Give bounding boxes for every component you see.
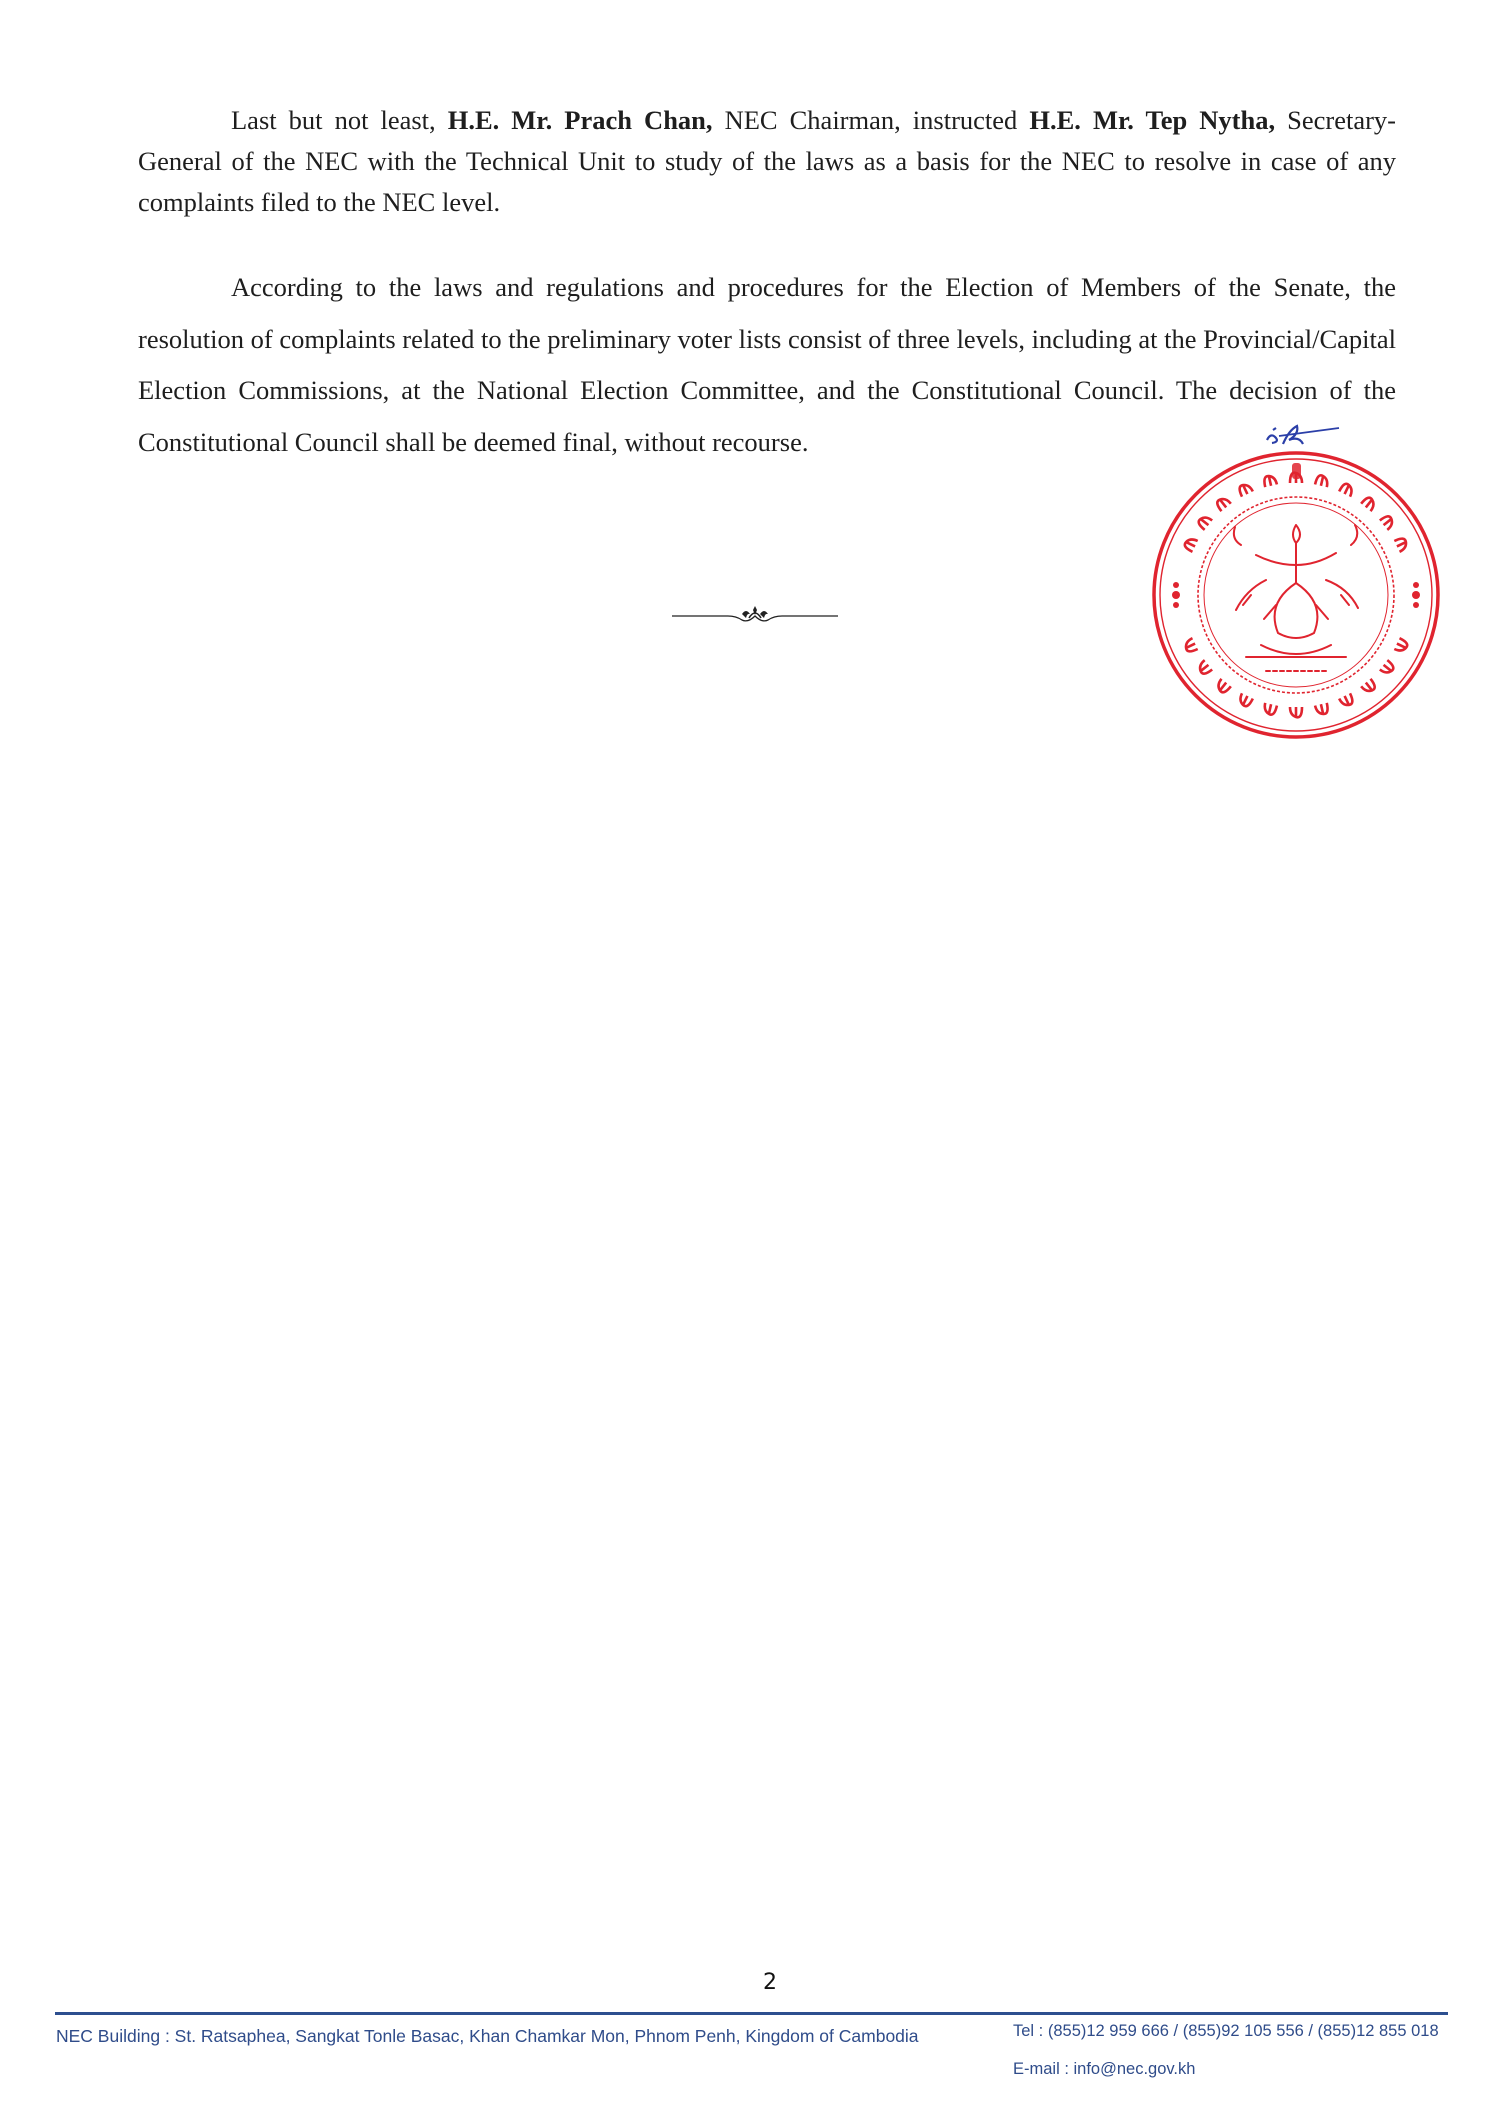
section-end-flourish-icon [670, 600, 840, 626]
para2-text: According to the laws and regulations an… [138, 272, 1396, 457]
footer-telephone: Tel : (855)12 959 666 / (855)92 105 556 … [1013, 2022, 1439, 2041]
secretary-general-name: H.E. Mr. Tep Nytha, [1029, 105, 1275, 135]
paragraph-instruction: Last but not least, H.E. Mr. Prach Chan,… [138, 100, 1396, 223]
document-page: Last but not least, H.E. Mr. Prach Chan,… [0, 0, 1500, 2121]
official-seal-icon [1146, 445, 1446, 745]
para1-intro: Last but not least, [231, 105, 448, 135]
page-number: 2 [760, 1970, 780, 1995]
chairman-name: H.E. Mr. Prach Chan, [448, 105, 713, 135]
footer-divider [55, 2012, 1448, 2015]
para1-mid: NEC Chairman, instructed [713, 105, 1030, 135]
footer-address: NEC Building : St. Ratsaphea, Sangkat To… [56, 2026, 919, 2047]
footer-email: E-mail : info@nec.gov.kh [1013, 2060, 1195, 2079]
paragraph-complaint-levels: According to the laws and regulations an… [138, 262, 1396, 468]
signature-initial-icon [1263, 418, 1343, 448]
